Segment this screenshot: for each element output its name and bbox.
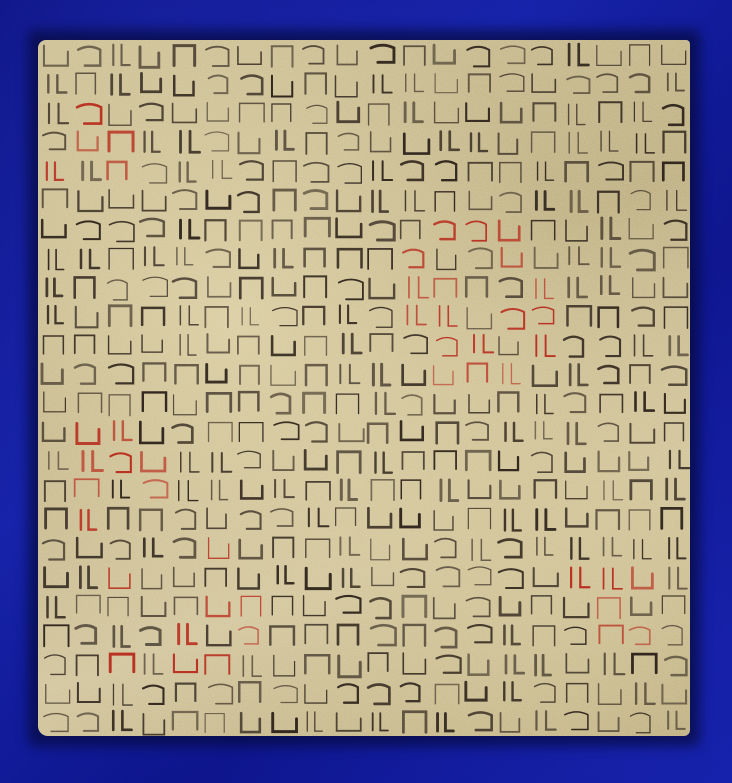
gold-glyph-panel (38, 40, 690, 736)
glyph-grid (38, 40, 690, 736)
